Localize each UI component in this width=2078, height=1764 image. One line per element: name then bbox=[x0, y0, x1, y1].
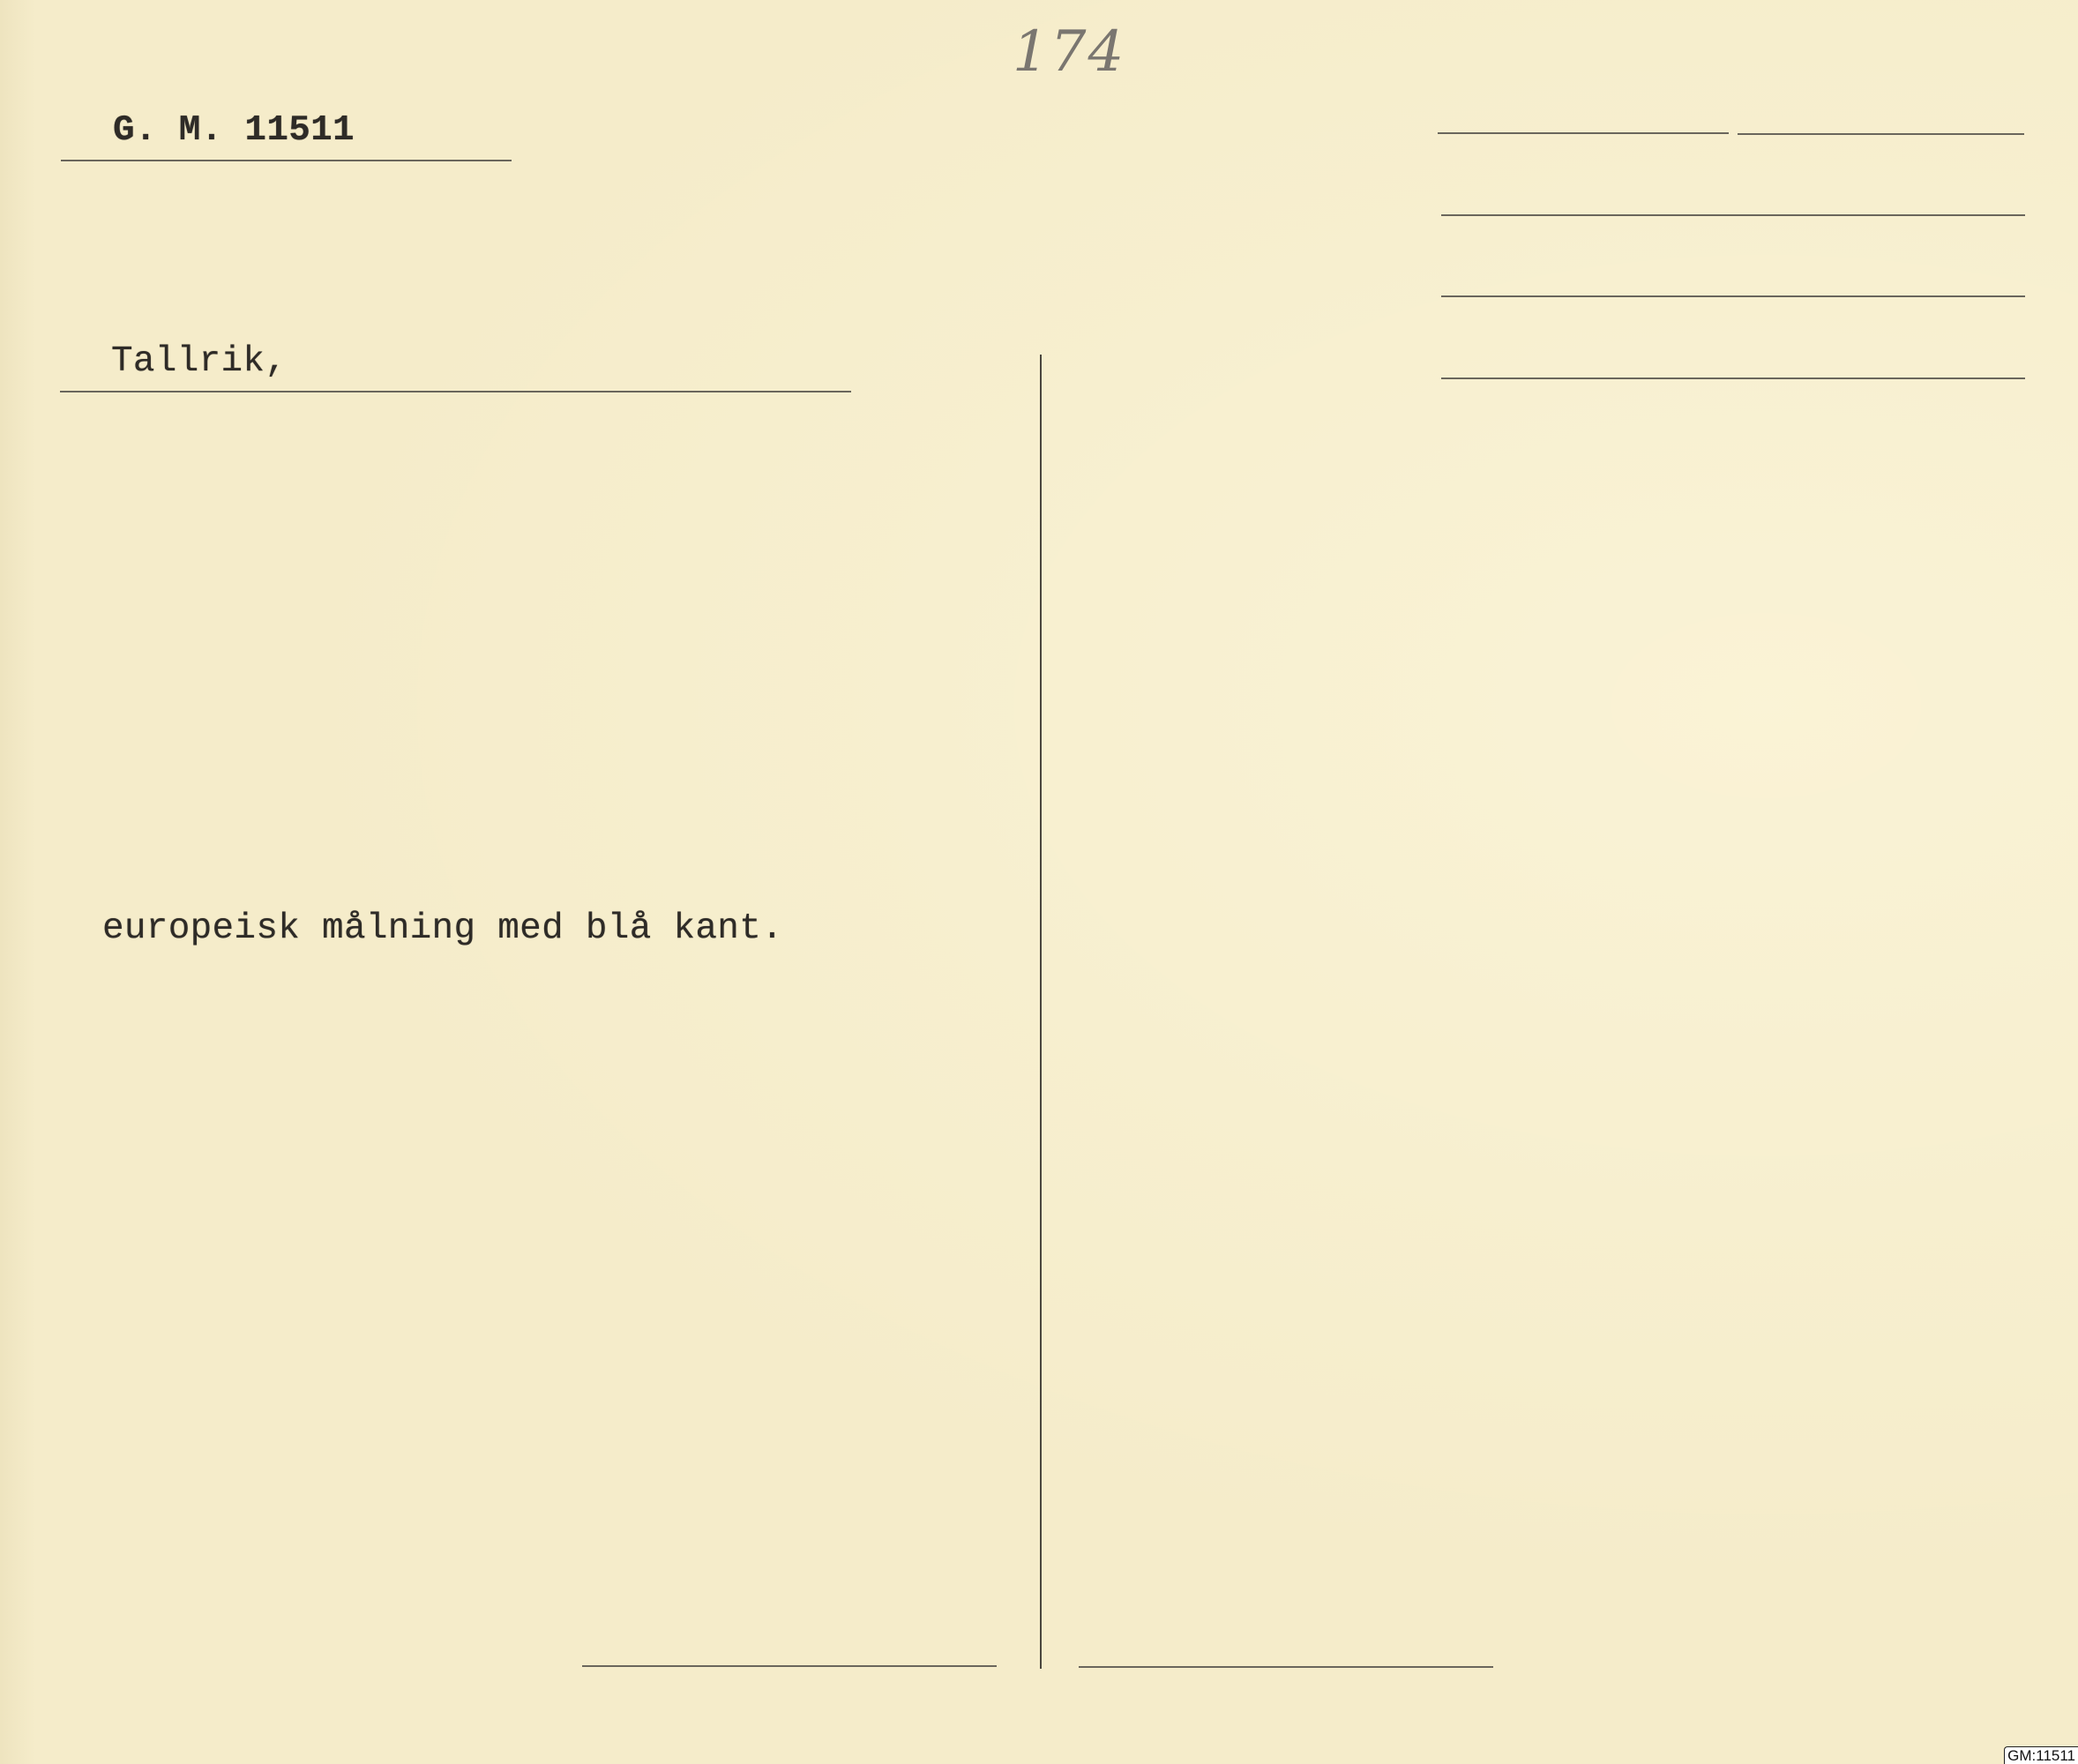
handwritten-page-number: 174 bbox=[1013, 19, 1125, 85]
right-rule-1b bbox=[1738, 133, 2024, 135]
object-description: europeisk målning med blå kant. bbox=[102, 911, 783, 947]
right-rule-4 bbox=[1441, 377, 2025, 379]
object-name: Tallrik, bbox=[111, 344, 287, 380]
object-name-rule bbox=[60, 391, 851, 392]
catalog-number-rule bbox=[61, 160, 512, 161]
bottom-left-rule bbox=[582, 1665, 997, 1667]
right-rule-2 bbox=[1441, 214, 2025, 216]
right-rule-3 bbox=[1441, 295, 2025, 297]
corner-id-label: GM:11511 bbox=[2004, 1746, 2078, 1764]
vertical-divider bbox=[1040, 355, 1042, 1669]
catalog-number: G. M. 11511 bbox=[113, 113, 355, 149]
bottom-right-rule bbox=[1079, 1666, 1493, 1668]
right-rule-1 bbox=[1438, 132, 1729, 134]
